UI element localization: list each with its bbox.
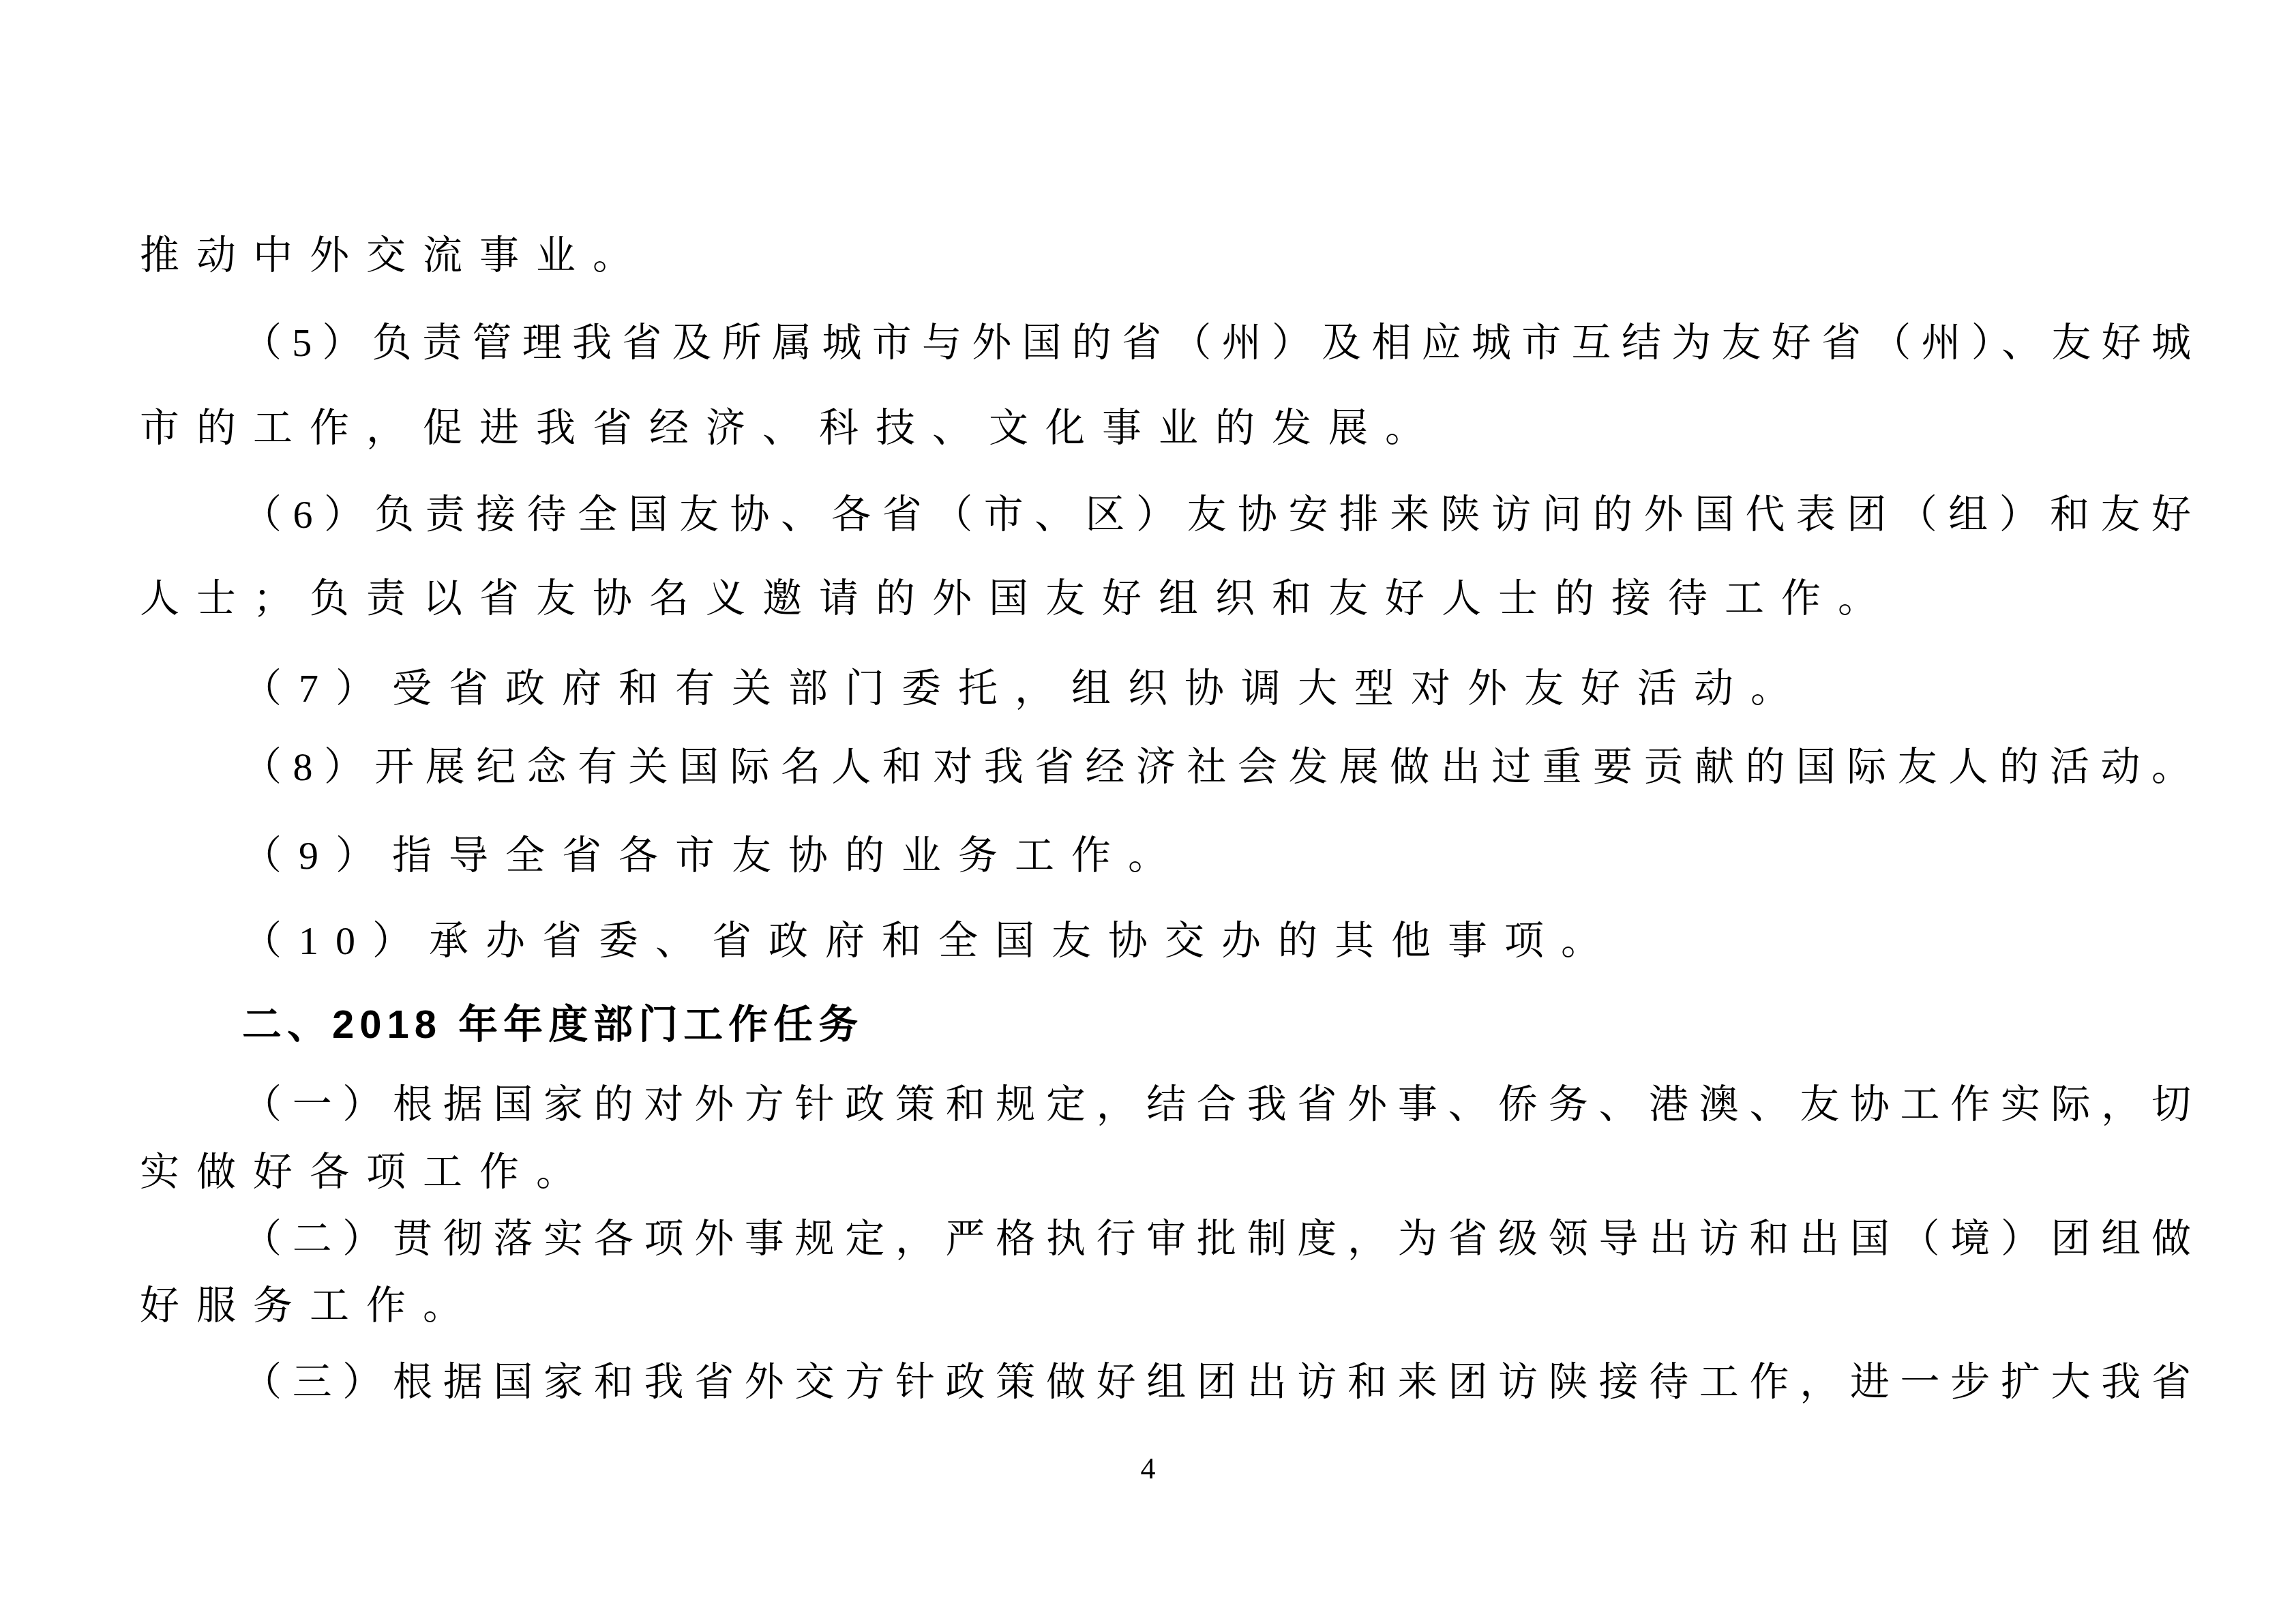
page-number: 4 [0, 1451, 2296, 1486]
paragraph-line: （7）受省政府和有关部门委托，组织协调大型对外友好活动。 [140, 665, 2192, 713]
paragraph-line: （一）根据国家的对外方针政策和规定，结合我省外事、侨务、港澳、友协工作实际，切 [140, 1081, 2192, 1129]
paragraph-line: （二）贯彻落实各项外事规定，严格执行审批制度，为省级领导出访和出国（境）团组做 [140, 1215, 2192, 1263]
paragraph-line: （10）承办省委、省政府和全国友协交办的其他事项。 [140, 917, 2192, 965]
paragraph-line: 人士；负责以省友协名义邀请的外国友好组织和友好人士的接待工作。 [140, 575, 2192, 623]
paragraph-line: （8）开展纪念有关国际名人和对我省经济社会发展做出过重要贡献的国际友人的活动。 [140, 743, 2192, 791]
paragraph-line: 好服务工作。 [140, 1282, 2192, 1330]
paragraph-line: （6）负责接待全国友协、各省（市、区）友协安排来陕访问的外国代表团（组）和友好 [140, 491, 2192, 539]
paragraph-line: 市的工作，促进我省经济、科技、文化事业的发展。 [140, 404, 2192, 452]
document-page: 推动中外交流事业。 （5）负责管理我省及所属城市与外国的省（州）及相应城市互结为… [0, 0, 2296, 1623]
paragraph-line: （三）根据国家和我省外交方针政策做好组团出访和来团访陕接待工作，进一步扩大我省 [140, 1358, 2192, 1406]
section-heading: 二、2018 年年度部门工作任务 [140, 1001, 2192, 1049]
paragraph-line: （5）负责管理我省及所属城市与外国的省（州）及相应城市互结为友好省（州）、友好城 [140, 319, 2192, 367]
paragraph-line: （9）指导全省各市友协的业务工作。 [140, 832, 2192, 880]
paragraph-line: 推动中外交流事业。 [140, 232, 2192, 280]
paragraph-line: 实做好各项工作。 [140, 1148, 2192, 1196]
